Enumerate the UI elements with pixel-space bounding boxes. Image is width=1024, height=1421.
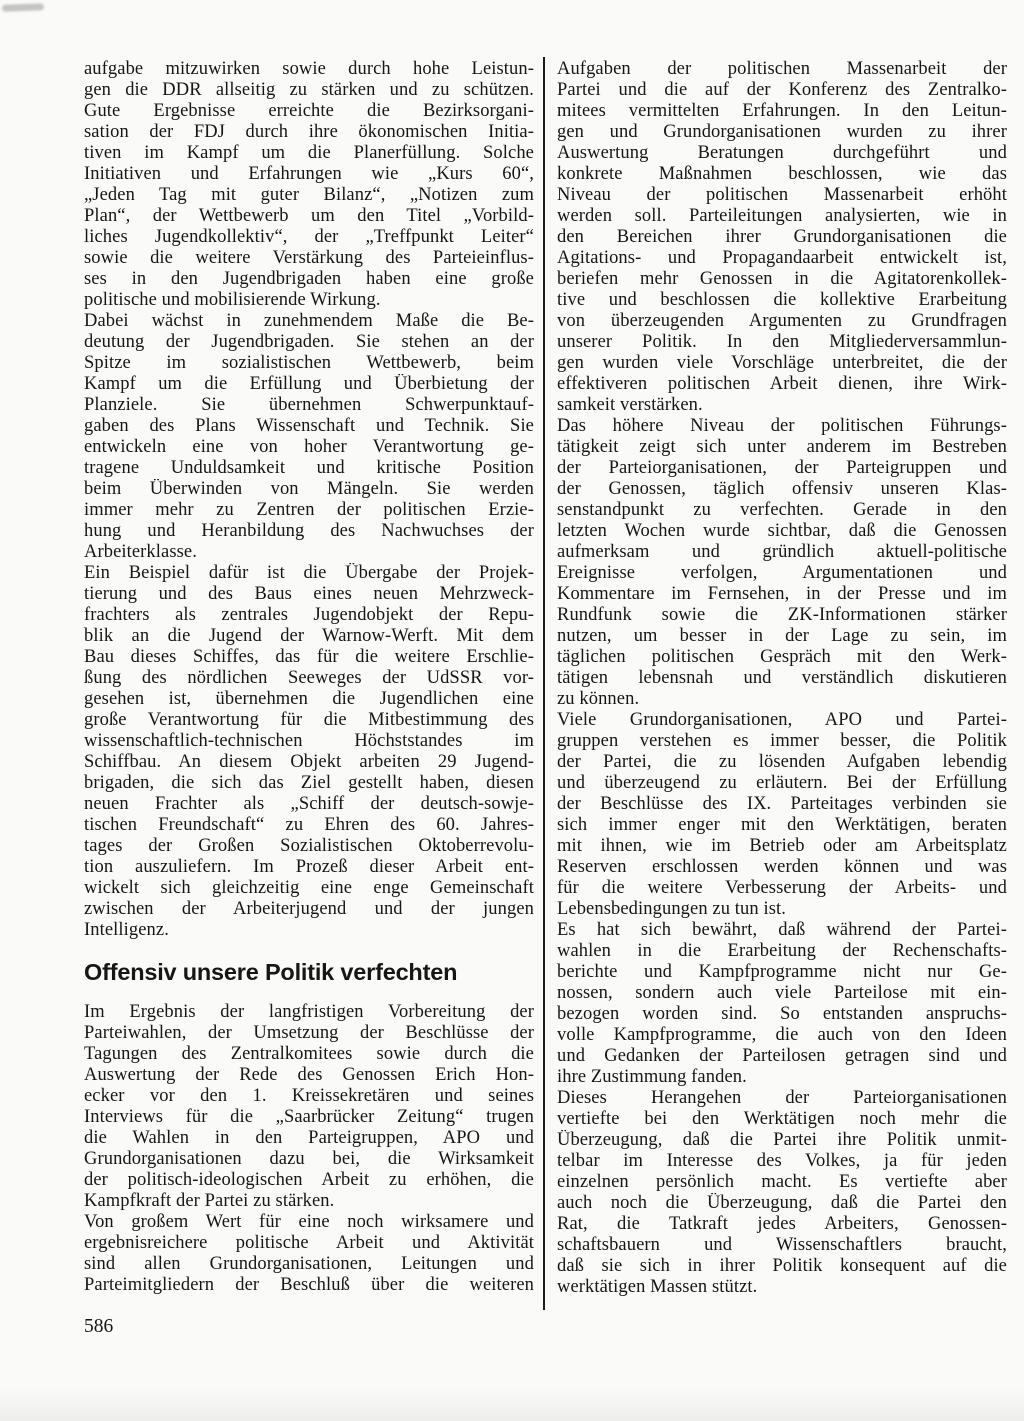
text-line: Reserven erschlossen werden können und w… xyxy=(557,857,1007,878)
paragraph: Ein Beispiel dafür ist die Übergabe der … xyxy=(84,563,534,941)
text-line: Überzeugung, daß die Partei ihre Politik… xyxy=(557,1130,1007,1151)
text-line: Tagungen des Zentralkomitees sowie durch… xyxy=(84,1044,534,1065)
text-line: täglichen politischen Gespräch mit den W… xyxy=(557,647,1007,668)
text-line: Viele Grundorganisationen, APO und Parte… xyxy=(557,710,1007,731)
text-line: liches Jugendkollektiv“, der „Treffpunkt… xyxy=(84,227,534,248)
text-line: Arbeiterklasse. xyxy=(84,542,534,563)
text-line: Kampfkraft der Partei zu stärken. xyxy=(84,1191,534,1212)
text-line: samkeit verstärken. xyxy=(557,395,1007,416)
column-left: aufgabe mitzuwirken sowie durch hohe Lei… xyxy=(84,59,534,1296)
text-line: volle Kampfprogramme, die auch von den I… xyxy=(557,1025,1007,1046)
text-line: Parteimitgliedern der Beschluß über die … xyxy=(84,1275,534,1296)
paragraph: Dieses Herangehen der Parteiorganisation… xyxy=(557,1088,1007,1298)
text-line: gen wurden viele Vorschläge unterbreitet… xyxy=(557,353,1007,374)
section-heading: Offensiv unsere Politik verfechten xyxy=(84,959,534,985)
text-line: vertiefte bei den Werktätigen noch mehr … xyxy=(557,1109,1007,1130)
text-line: Agitations- und Propagandaarbeit entwick… xyxy=(557,248,1007,269)
text-line: tätigen lebensnah und verständlich disku… xyxy=(557,668,1007,689)
text-line: entwickeln eine von hoher Verantwortung … xyxy=(84,437,534,458)
text-line: aufgabe mitzuwirken sowie durch hohe Lei… xyxy=(84,59,534,80)
text-line: gesehen ist, übernehmen die Jugendlichen… xyxy=(84,689,534,710)
text-line: deutung der Jugendbrigaden. Sie stehen a… xyxy=(84,332,534,353)
text-line: tierung und des Baus eines neuen Mehrzwe… xyxy=(84,584,534,605)
text-line: Dabei wächst in zunehmendem Maße die Be- xyxy=(84,311,534,332)
text-line: hung und Heranbildung des Nachwuchses de… xyxy=(84,521,534,542)
text-line: tiven im Kampf um die Planerfüllung. Sol… xyxy=(84,143,534,164)
text-line: sowie die weitere Verstärkung des Partei… xyxy=(84,248,534,269)
text-line: Auswertung der Rede des Genossen Erich H… xyxy=(84,1065,534,1086)
text-line: tätigkeit zeigt sich unter anderem im Be… xyxy=(557,437,1007,458)
text-line: konkrete Maßnahmen beschlossen, wie das xyxy=(557,164,1007,185)
text-line: Planziele. Sie übernehmen Schwerpunktauf… xyxy=(84,395,534,416)
text-line: ergebnisreichere politische Arbeit und A… xyxy=(84,1233,534,1254)
text-line: Im Ergebnis der langfristigen Vorbereitu… xyxy=(84,1002,534,1023)
text-line: gaben des Plans Wissenschaft und Technik… xyxy=(84,416,534,437)
text-line: und überzeugend zu erläutern. Bei der Er… xyxy=(557,773,1007,794)
text-line: Partei und die auf der Konferenz des Zen… xyxy=(557,80,1007,101)
text-line: schaftsbauern und Wissenschaftlers brauc… xyxy=(557,1235,1007,1256)
column-divider xyxy=(543,57,545,1310)
text-line: letzten Wochen wurde sichtbar, daß die G… xyxy=(557,521,1007,542)
text-line: ecker vor den 1. Kreissekretären und sei… xyxy=(84,1086,534,1107)
text-line: neuen Frachter als „Schiff der deutsch-s… xyxy=(84,794,534,815)
text-line: auch noch die Überzeugung, daß die Parte… xyxy=(557,1193,1007,1214)
text-line: tages der Großen Sozialistischen Oktober… xyxy=(84,836,534,857)
text-line: bezogen worden sind. So entstanden anspr… xyxy=(557,1004,1007,1025)
text-line: der politisch-ideologischen Arbeit zu er… xyxy=(84,1170,534,1191)
text-line: sind allen Grundorganisationen, Leitunge… xyxy=(84,1254,534,1275)
text-line: Interviews für die „Saarbrücker Zeitung“… xyxy=(84,1107,534,1128)
text-line: Ereignisse verfolgen, Argumentationen un… xyxy=(557,563,1007,584)
paragraph: Im Ergebnis der langfristigen Vorbereitu… xyxy=(84,1002,534,1212)
paragraph: Von großem Wert für eine noch wirksamere… xyxy=(84,1212,534,1296)
text-line: die Wahlen in den Parteigruppen, APO und xyxy=(84,1128,534,1149)
text-line: beriefen mehr Genossen in die Agitatoren… xyxy=(557,269,1007,290)
column-right: Aufgaben der politischen Massenarbeit de… xyxy=(557,59,1007,1298)
text-line: den Bereichen ihrer Grundorganisationen … xyxy=(557,227,1007,248)
text-line: Auswertung Beratungen durchgeführt und xyxy=(557,143,1007,164)
text-line: Initiativen und Erfahrungen wie „Kurs 60… xyxy=(84,164,534,185)
text-line: gruppen verstehen es immer besser, die P… xyxy=(557,731,1007,752)
text-line: Parteiwahlen, der Umsetzung der Beschlüs… xyxy=(84,1023,534,1044)
paragraph: aufgabe mitzuwirken sowie durch hohe Lei… xyxy=(84,59,534,311)
scan-artifact xyxy=(2,3,44,11)
document-page: aufgabe mitzuwirken sowie durch hohe Lei… xyxy=(0,0,1024,1421)
text-line: unserer Politik. In den Mitgliederversam… xyxy=(557,332,1007,353)
text-line: der Genossen, täglich offensiv unseren K… xyxy=(557,479,1007,500)
text-line: nossen, sondern auch viele Parteilose mi… xyxy=(557,983,1007,1004)
text-line: aufmerksam und gründlich aktuell-politis… xyxy=(557,542,1007,563)
paragraph: Das höhere Niveau der politischen Führun… xyxy=(557,416,1007,710)
text-line: Niveau der politischen Massenarbeit erhö… xyxy=(557,185,1007,206)
text-line: und Gedanken der Parteilosen getragen si… xyxy=(557,1046,1007,1067)
text-line: Rundfunk sowie die ZK-Informationen stär… xyxy=(557,605,1007,626)
text-line: Es hat sich bewährt, daß während der Par… xyxy=(557,920,1007,941)
text-line: tragene Unduldsamkeit und kritische Posi… xyxy=(84,458,534,479)
text-line: mit ihnen, wie im Betrieb oder am Arbeit… xyxy=(557,836,1007,857)
text-line: große Verantwortung für die Mitbestimmun… xyxy=(84,710,534,731)
text-line: wahlen in die Erarbeitung der Rechenscha… xyxy=(557,941,1007,962)
text-line: Ein Beispiel dafür ist die Übergabe der … xyxy=(84,563,534,584)
text-line: blik an die Jugend der Warnow-Werft. Mit… xyxy=(84,626,534,647)
text-line: politische und mobilisierende Wirkung. xyxy=(84,290,534,311)
text-line: wickelt sich gleichzeitig eine enge Geme… xyxy=(84,878,534,899)
text-line: Spitze im sozialistischen Wettbewerb, be… xyxy=(84,353,534,374)
text-line: werden soll. Parteileitungen analysierte… xyxy=(557,206,1007,227)
text-line: gen die DDR allseitig zu stärken und zu … xyxy=(84,80,534,101)
paragraph: Es hat sich bewährt, daß während der Par… xyxy=(557,920,1007,1088)
text-line: zu können. xyxy=(557,689,1007,710)
text-line: werktätigen Massen stützt. xyxy=(557,1277,1007,1298)
text-line: Dieses Herangehen der Parteiorganisation… xyxy=(557,1088,1007,1109)
paragraph: Viele Grundorganisationen, APO und Parte… xyxy=(557,710,1007,920)
text-line: der Parteiorganisationen, der Parteigrup… xyxy=(557,458,1007,479)
text-line: Kampf um die Erfüllung und Überbietung d… xyxy=(84,374,534,395)
text-line: „Jeden Tag mit guter Bilanz“, „Notizen z… xyxy=(84,185,534,206)
text-line: Bau dieses Schiffes, das für die weitere… xyxy=(84,647,534,668)
text-line: einzelnen persönlich macht. Es vertiefte… xyxy=(557,1172,1007,1193)
text-line: von überzeugenden Argumenten zu Grundfra… xyxy=(557,311,1007,332)
page-number: 586 xyxy=(84,1316,113,1338)
text-line: Kommentare im Fernsehen, in der Presse u… xyxy=(557,584,1007,605)
text-line: für die weitere Verbesserung der Arbeits… xyxy=(557,878,1007,899)
text-line: frachters als zentrales Jugendobjekt der… xyxy=(84,605,534,626)
text-line: gen und Grundorganisationen wurden zu ih… xyxy=(557,122,1007,143)
text-line: Rat, die Tatkraft jedes Arbeiters, Genos… xyxy=(557,1214,1007,1235)
paragraph: Dabei wächst in zunehmendem Maße die Be-… xyxy=(84,311,534,563)
text-line: der Partei, die zu lösenden Aufgaben leb… xyxy=(557,752,1007,773)
text-line: immer mehr zu Zentren der politischen Er… xyxy=(84,500,534,521)
text-line: tion auszuliefern. Im Prozeß dieser Arbe… xyxy=(84,857,534,878)
text-line: wissenschaftlich-technischen Höchststand… xyxy=(84,731,534,752)
text-line: Lebensbedingungen zu tun ist. xyxy=(557,899,1007,920)
text-line: nutzen, um besser in der Lage zu sein, i… xyxy=(557,626,1007,647)
text-line: tischen Freundschaft“ zu Ehren des 60. J… xyxy=(84,815,534,836)
text-line: Plan“, der Wettbewerb um den Titel „Vorb… xyxy=(84,206,534,227)
text-line: mitees vermittelten Erfahrungen. In den … xyxy=(557,101,1007,122)
text-line: ses in den Jugendbrigaden haben eine gro… xyxy=(84,269,534,290)
text-line: Von großem Wert für eine noch wirksamere… xyxy=(84,1212,534,1233)
text-line: effektiveren politischen Arbeit dienen, … xyxy=(557,374,1007,395)
text-line: zwischen der Arbeiterjugend und der jung… xyxy=(84,899,534,920)
text-line: Aufgaben der politischen Massenarbeit de… xyxy=(557,59,1007,80)
paragraph: Aufgaben der politischen Massenarbeit de… xyxy=(557,59,1007,416)
text-line: Das höhere Niveau der politischen Führun… xyxy=(557,416,1007,437)
text-line: tive und beschlossen die kollektive Erar… xyxy=(557,290,1007,311)
text-line: senstandpunkt zu verfechten. Gerade in d… xyxy=(557,500,1007,521)
text-line: Intelligenz. xyxy=(84,920,534,941)
text-line: sich immer enger mit den Werktätigen, be… xyxy=(557,815,1007,836)
text-line: berichte und Kampfprogramme nicht nur Ge… xyxy=(557,962,1007,983)
text-line: brigaden, die sich das Ziel gestellt hab… xyxy=(84,773,534,794)
text-line: der Beschlüsse des IX. Parteitages verbi… xyxy=(557,794,1007,815)
text-line: ihre Zustimmung fanden. xyxy=(557,1067,1007,1088)
text-line: Grundorganisationen dazu bei, die Wirksa… xyxy=(84,1149,534,1170)
text-line: daß sie sich in ihrer Politik konsequent… xyxy=(557,1256,1007,1277)
text-line: telbar im Interesse des Volkes, ja für j… xyxy=(557,1151,1007,1172)
text-line: Gute Ergebnisse erreichte die Bezirksorg… xyxy=(84,101,534,122)
text-line: Schiffbau. An diesem Objekt arbeiten 29 … xyxy=(84,752,534,773)
text-line: beim Überwinden von Mängeln. Sie werden xyxy=(84,479,534,500)
text-line: sation der FDJ durch ihre ökonomischen I… xyxy=(84,122,534,143)
text-line: ßung des nördlichen Seeweges der UdSSR v… xyxy=(84,668,534,689)
